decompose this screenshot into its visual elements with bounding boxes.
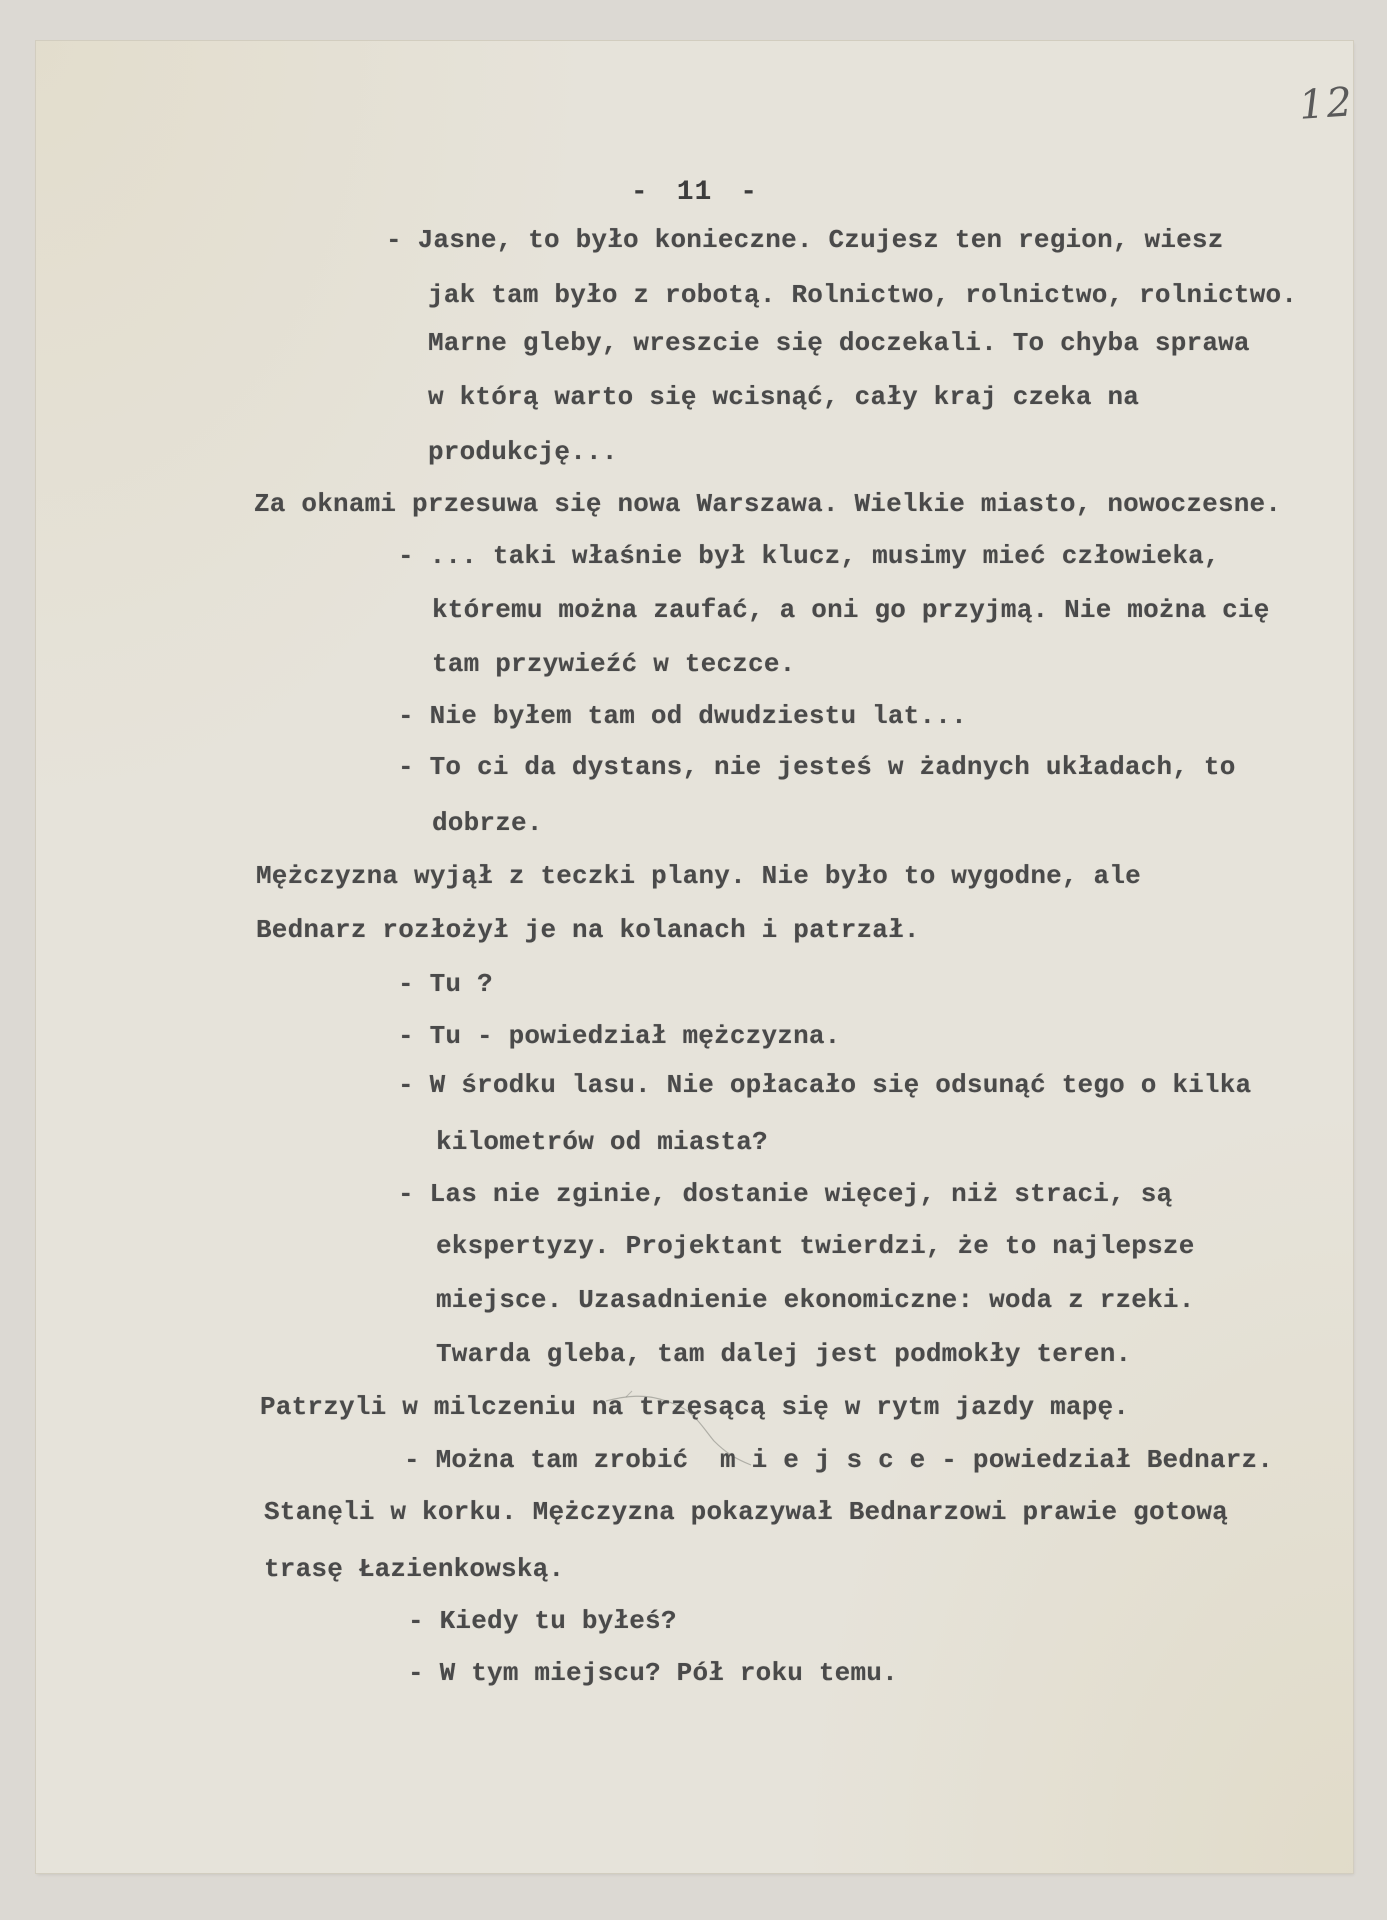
text-line: - Tu - powiedział mężczyzna. xyxy=(398,1021,840,1051)
text-line: Stanęli w korku. Mężczyzna pokazywał Bed… xyxy=(264,1497,1228,1527)
text-line: Mężczyzna wyjął z teczki plany. Nie było… xyxy=(256,861,1141,891)
text-line: - Nie byłem tam od dwudziestu lat... xyxy=(398,701,967,731)
text-line: kilometrów od miasta? xyxy=(436,1127,768,1157)
text-line: - W środku lasu. Nie opłacało się odsuną… xyxy=(398,1070,1251,1100)
text-line: trasę Łazienkowską. xyxy=(264,1554,564,1584)
text-line: Bednarz rozłożył je na kolanach i patrza… xyxy=(256,915,920,945)
text-line: produkcję... xyxy=(428,437,618,467)
text-line: Za oknami przesuwa się nowa Warszawa. Wi… xyxy=(254,489,1281,519)
text-line: - Tu ? xyxy=(398,969,493,999)
text-line: - To ci da dystans, nie jesteś w żadnych… xyxy=(398,752,1236,782)
text-line: - ... taki właśnie był klucz, musimy mie… xyxy=(398,541,1220,571)
text-line: miejsce. Uzasadnienie ekonomiczne: woda … xyxy=(436,1285,1195,1315)
typed-page-number: 11 xyxy=(677,177,713,208)
text-line: jak tam było z robotą. Rolnictwo, rolnic… xyxy=(428,280,1297,310)
header-dash-left: - xyxy=(631,177,649,208)
typed-page-header: -11- xyxy=(36,177,1353,208)
document-page: 12 -11- xyxy=(36,41,1353,1873)
text-line: - Jasne, to było konieczne. Czujesz ten … xyxy=(386,225,1224,255)
text-line: dobrze. xyxy=(432,808,543,838)
text-line: - W tym miejscu? Pół roku temu. xyxy=(408,1658,898,1688)
text-line: w którą warto się wcisnąć, cały kraj cze… xyxy=(428,382,1139,412)
text-line: tam przywieźć w teczce. xyxy=(432,649,795,679)
text-line: - Kiedy tu byłeś? xyxy=(408,1606,677,1636)
header-dash-right: - xyxy=(740,177,758,208)
paper-stain xyxy=(36,41,1353,1873)
handwritten-page-number: 12 xyxy=(1297,79,1355,129)
text-line: Twarda gleba, tam dalej jest podmokły te… xyxy=(436,1339,1131,1369)
text-line: - Las nie zginie, dostanie więcej, niż s… xyxy=(398,1179,1172,1209)
text-line: któremu można zaufać, a oni go przyjmą. … xyxy=(432,595,1270,625)
text-line: Marne gleby, wreszcie się doczekali. To … xyxy=(428,328,1250,358)
text-line: - Można tam zrobić m i e j s c e - powie… xyxy=(404,1445,1273,1475)
text-line: ekspertyzy. Projektant twierdzi, że to n… xyxy=(436,1231,1195,1261)
text-line: Patrzyli w milczeniu na trzęsącą się w r… xyxy=(260,1392,1129,1422)
